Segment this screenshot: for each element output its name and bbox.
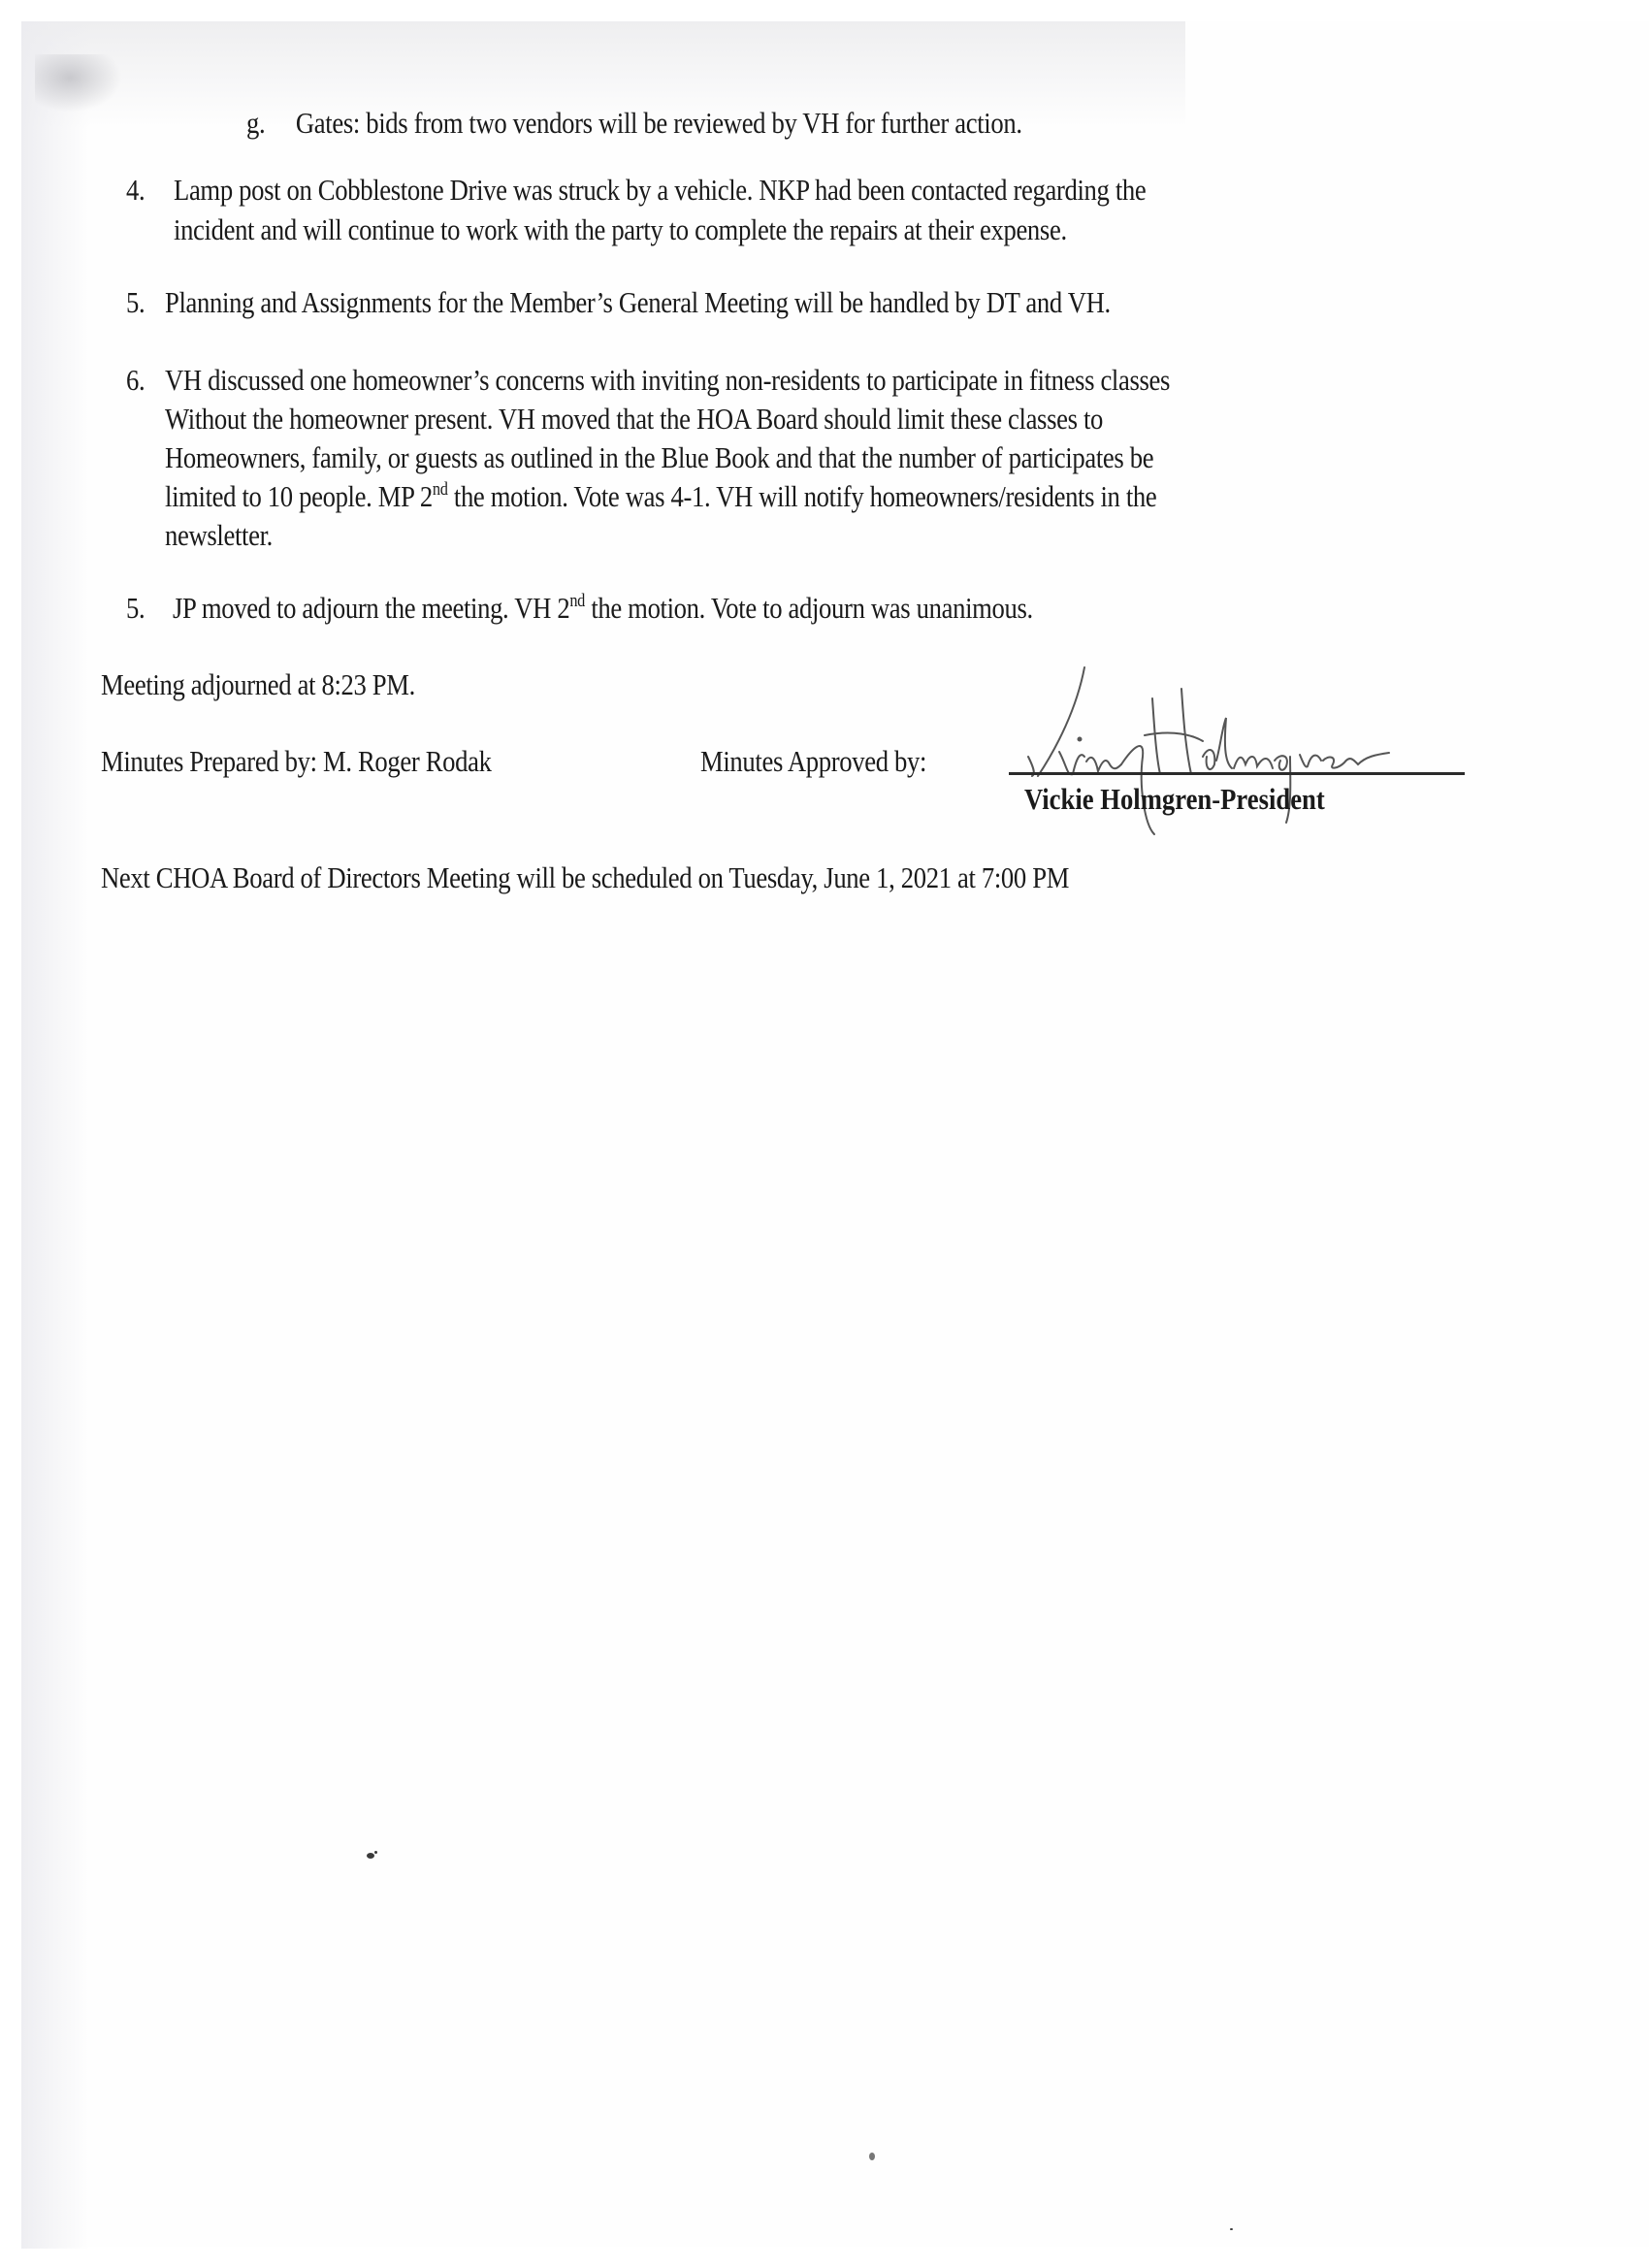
item-6-line-3: Homeowners, family, or guests as outline… [165, 437, 1153, 478]
text-run: JP moved to adjourn the meeting. VH 2 [173, 591, 569, 625]
scan-speck [869, 2153, 875, 2160]
item-5-text: Planning and Assignments for the Member’… [165, 282, 1111, 323]
item-6-marker: 6. [126, 360, 145, 401]
superscript: nd [433, 479, 448, 500]
text-run: limited to 10 people. MP 2 [165, 479, 433, 513]
item-6-line-2: Without the homeowner present. VH moved … [165, 399, 1103, 439]
staple-tear-mark [35, 54, 122, 113]
scanned-page [21, 21, 1649, 2247]
adjourn-motion: JP moved to adjourn the meeting. VH 2nd … [173, 588, 1033, 629]
scan-shadow-left [21, 21, 89, 2249]
text-run: the motion. Vote to adjourn was unanimou… [585, 591, 1033, 625]
text-run: the motion. Vote was 4-1. VH will notify… [448, 479, 1157, 513]
scan-speck [1230, 2228, 1233, 2230]
adjourn-marker: 5. [126, 588, 145, 629]
item-6-line-4: limited to 10 people. MP 2nd the motion.… [165, 476, 1156, 517]
scan-speck [367, 1853, 374, 1859]
signature-line [1009, 772, 1465, 775]
item-4-line-2: incident and will continue to work with … [174, 210, 1067, 250]
item-6-line-5: newsletter. [165, 515, 273, 556]
superscript: nd [569, 591, 585, 611]
next-meeting-notice: Next CHOA Board of Directors Meeting wil… [101, 858, 1069, 898]
approved-by-label: Minutes Approved by: [700, 741, 926, 782]
meeting-adjourned: Meeting adjourned at 8:23 PM. [101, 664, 415, 705]
item-g: g. Gates: bids from two vendors will be … [246, 103, 1022, 144]
item-4-line-1: Lamp post on Cobblestone Drive was struc… [174, 170, 1146, 211]
item-text: Gates: bids from two vendors will be rev… [296, 106, 1022, 140]
item-marker: g. [246, 106, 265, 140]
item-6-line-1: VH discussed one homeowner’s concerns wi… [165, 360, 1170, 401]
handwritten-signature [1009, 660, 1494, 854]
scan-speck [374, 1851, 377, 1854]
approver-name: Vickie Holmgren-President [1024, 779, 1325, 820]
item-5-marker: 5. [126, 282, 145, 323]
prepared-by: Minutes Prepared by: M. Roger Rodak [101, 741, 492, 782]
item-4-marker: 4. [126, 170, 145, 211]
